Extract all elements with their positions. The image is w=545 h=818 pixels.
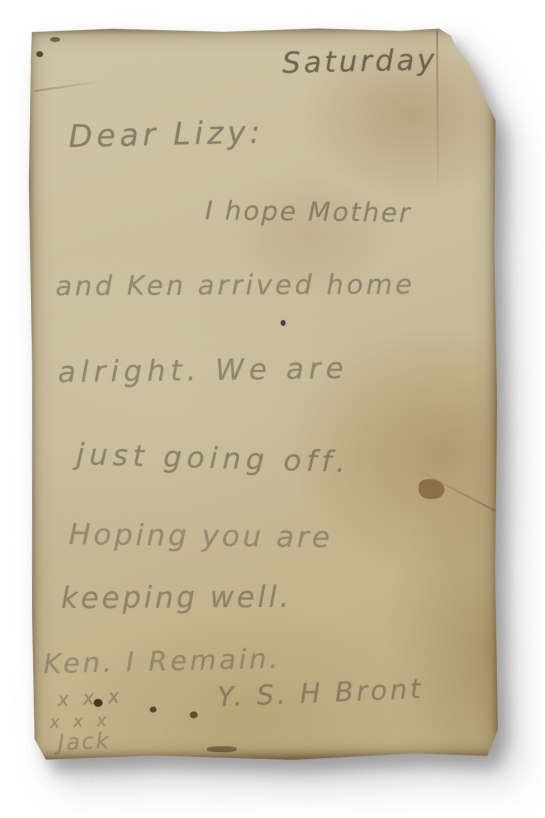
ink-speck (483, 49, 492, 55)
crease-line (35, 80, 105, 92)
postcard-photo: Saturday Dear Lizy: I hope Mother and Ke… (28, 27, 499, 761)
ink-speck (207, 746, 237, 752)
handwriting-body-line-5: Hoping you are (69, 517, 333, 554)
ink-speck (190, 711, 198, 718)
handwriting-body-line-6: keeping well. (61, 580, 292, 615)
handwriting-body-line-7: Ken. I Remain. (43, 644, 281, 680)
handwriting-signature: Y. S. H Bront (217, 674, 424, 713)
ink-speck (50, 37, 60, 42)
postcard-paper: Saturday Dear Lizy: I hope Mother and Ke… (28, 27, 499, 761)
handwriting-body-line-3: alright. We are (58, 351, 349, 389)
handwriting-postscript: Jack (57, 729, 111, 756)
ink-speck (458, 31, 475, 41)
ink-speck (150, 707, 157, 713)
handwriting-kisses-1: x x x (57, 685, 124, 711)
handwriting-body-line-1: I hope Mother (205, 196, 412, 229)
handwriting-date: Saturday (282, 42, 438, 80)
ink-speck (36, 51, 43, 57)
torn-corner (373, 0, 501, 47)
ink-speck (281, 320, 286, 326)
handwriting-body-line-4: just going off. (76, 437, 351, 479)
handwriting-salutation: Dear Lizy: (68, 115, 264, 155)
handwriting-body-line-2: and Ken arrived home (55, 269, 415, 302)
ink-speck (418, 479, 444, 499)
